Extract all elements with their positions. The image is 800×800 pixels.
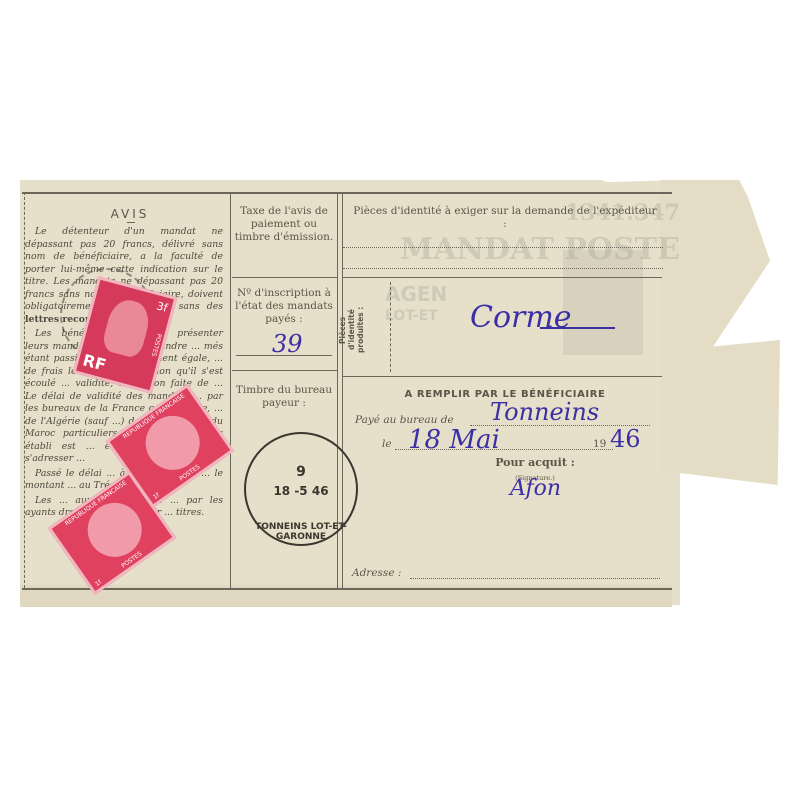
divider-1 bbox=[230, 192, 231, 588]
adresse-label: Adresse : bbox=[352, 567, 401, 580]
stamp-label: POSTES bbox=[149, 333, 162, 357]
ghost-stamp-shadow bbox=[563, 250, 643, 355]
date-value: 18 Mai bbox=[408, 425, 500, 455]
col3-rule-1 bbox=[342, 277, 662, 278]
postmark-town: TONNEINS LOT-ET-GARONNE bbox=[246, 522, 356, 542]
postmark-date: 18 -5 46 bbox=[246, 484, 356, 498]
pieces-line-1 bbox=[343, 247, 663, 248]
pieces-exiger-label: Pièces d'identité à exiger sur la demand… bbox=[350, 205, 660, 231]
taxe-label: Taxe de l'avis de paiement ou timbre d'é… bbox=[234, 205, 334, 244]
inscription-label: Nº d'inscription à l'état des mandats pa… bbox=[234, 287, 334, 326]
adresse-line bbox=[410, 578, 660, 579]
paye-value: Tonneins bbox=[490, 398, 599, 426]
year-prefix: 19 bbox=[593, 438, 606, 451]
pieces-produites-value: Corme bbox=[470, 300, 572, 335]
col2-rule-2 bbox=[232, 370, 337, 371]
year-value: 46 bbox=[610, 425, 641, 453]
timbre-label: Timbre du bureau payeur : bbox=[234, 384, 334, 410]
bottom-border bbox=[22, 588, 672, 590]
col2-rule-1 bbox=[232, 277, 337, 278]
stamp-value: 1f bbox=[152, 492, 161, 501]
torn-flap-bottom bbox=[660, 340, 780, 485]
beneficiary-signature: Afon bbox=[510, 476, 561, 501]
stamp-value: 1f bbox=[94, 579, 103, 588]
pieces-produites-label: Pièces d'identité produites : bbox=[338, 300, 393, 360]
col3-rule-2 bbox=[342, 376, 662, 377]
le-label: le bbox=[382, 438, 392, 451]
top-border bbox=[22, 192, 672, 194]
postmark-time: 9 bbox=[246, 464, 356, 480]
postmark: TONNEINS LOT-ET-GARONNE 9 18 -5 46 bbox=[244, 432, 358, 546]
marianne-portrait bbox=[101, 296, 154, 359]
signature-flourish bbox=[540, 327, 615, 329]
ghost-agen-text: AGEN bbox=[385, 282, 447, 306]
inscription-value: 39 bbox=[272, 330, 303, 358]
avis-title: AVIS bbox=[100, 207, 160, 221]
stamp-country: RF bbox=[81, 350, 108, 374]
acquit-label: Pour acquit : bbox=[480, 456, 590, 469]
stamp-value: 3f bbox=[155, 299, 169, 314]
avis-underline bbox=[127, 222, 135, 223]
pieces-line-2 bbox=[343, 268, 663, 269]
